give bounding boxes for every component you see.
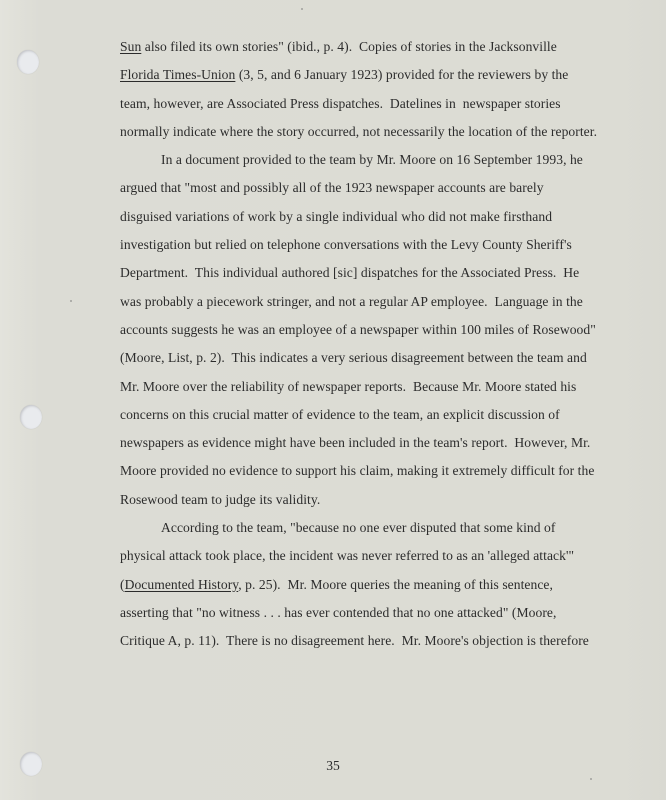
text-line: Mr. Moore over the reliability of newspa… <box>120 373 600 401</box>
text-line: normally indicate where the story occurr… <box>120 118 600 146</box>
text-segment: team, however, are Associated Press disp… <box>120 96 561 111</box>
text-segment: physical attack took place, the incident… <box>120 548 574 563</box>
text-segment: normally indicate where the story occurr… <box>120 124 597 139</box>
text-segment: Moore provided no evidence to support hi… <box>120 463 594 478</box>
text-segment: Rosewood team to judge its validity. <box>120 492 320 507</box>
text-segment: (Moore, List, p. 2). This indicates a ve… <box>120 350 587 365</box>
underlined-title: Florida Times-Union <box>120 67 235 82</box>
text-line: Rosewood team to judge its validity. <box>120 486 600 514</box>
text-segment: also filed its own stories" (ibid., p. 4… <box>141 39 557 54</box>
text-segment: newspapers as evidence might have been i… <box>120 435 590 450</box>
text-segment: , p. 25). Mr. Moore queries the meaning … <box>238 577 553 592</box>
text-line: In a document provided to the team by Mr… <box>120 146 600 174</box>
text-line: argued that "most and possibly all of th… <box>120 174 600 202</box>
text-segment: In a document provided to the team by Mr… <box>161 152 583 167</box>
text-segment: accounts suggests he was an employee of … <box>120 322 596 337</box>
text-line: asserting that "no witness . . . has eve… <box>120 599 600 627</box>
body-text: Sun also filed its own stories" (ibid., … <box>120 33 600 656</box>
text-line: Moore provided no evidence to support hi… <box>120 457 600 485</box>
text-line: (Documented History, p. 25). Mr. Moore q… <box>120 571 600 599</box>
text-segment: asserting that "no witness . . . has eve… <box>120 605 556 620</box>
text-line: Sun also filed its own stories" (ibid., … <box>120 33 600 61</box>
text-line: According to the team, "because no one e… <box>120 514 600 542</box>
text-segment: investigation but relied on telephone co… <box>120 237 572 252</box>
underlined-title: Documented History <box>125 577 239 592</box>
text-line: team, however, are Associated Press disp… <box>120 90 600 118</box>
text-line: Florida Times-Union (3, 5, and 6 January… <box>120 61 600 89</box>
text-segment: Mr. Moore over the reliability of newspa… <box>120 379 576 394</box>
text-segment: Department. This individual authored [si… <box>120 265 579 280</box>
text-segment: was probably a piecework stringer, and n… <box>120 294 583 309</box>
underlined-title: Sun <box>120 39 141 54</box>
text-segment: concerns on this crucial matter of evide… <box>120 407 560 422</box>
text-line: Department. This individual authored [si… <box>120 259 600 287</box>
binder-hole <box>20 405 42 429</box>
text-segment: Critique A, p. 11). There is no disagree… <box>120 633 589 648</box>
scan-speck <box>590 778 592 780</box>
text-line: physical attack took place, the incident… <box>120 542 600 570</box>
scan-speck <box>70 300 72 302</box>
text-segment: According to the team, "because no one e… <box>161 520 555 535</box>
text-line: disguised variations of work by a single… <box>120 203 600 231</box>
text-line: investigation but relied on telephone co… <box>120 231 600 259</box>
text-segment: (3, 5, and 6 January 1923) provided for … <box>235 67 568 82</box>
text-line: (Moore, List, p. 2). This indicates a ve… <box>120 344 600 372</box>
text-segment: argued that "most and possibly all of th… <box>120 180 544 195</box>
text-line: was probably a piecework stringer, and n… <box>120 288 600 316</box>
text-line: accounts suggests he was an employee of … <box>120 316 600 344</box>
text-line: concerns on this crucial matter of evide… <box>120 401 600 429</box>
text-line: newspapers as evidence might have been i… <box>120 429 600 457</box>
text-line: Critique A, p. 11). There is no disagree… <box>120 627 600 655</box>
scanned-page: Sun also filed its own stories" (ibid., … <box>0 0 666 800</box>
text-segment: disguised variations of work by a single… <box>120 209 552 224</box>
binder-hole <box>17 50 39 74</box>
page-number: 35 <box>0 758 666 774</box>
scan-speck <box>301 8 303 10</box>
